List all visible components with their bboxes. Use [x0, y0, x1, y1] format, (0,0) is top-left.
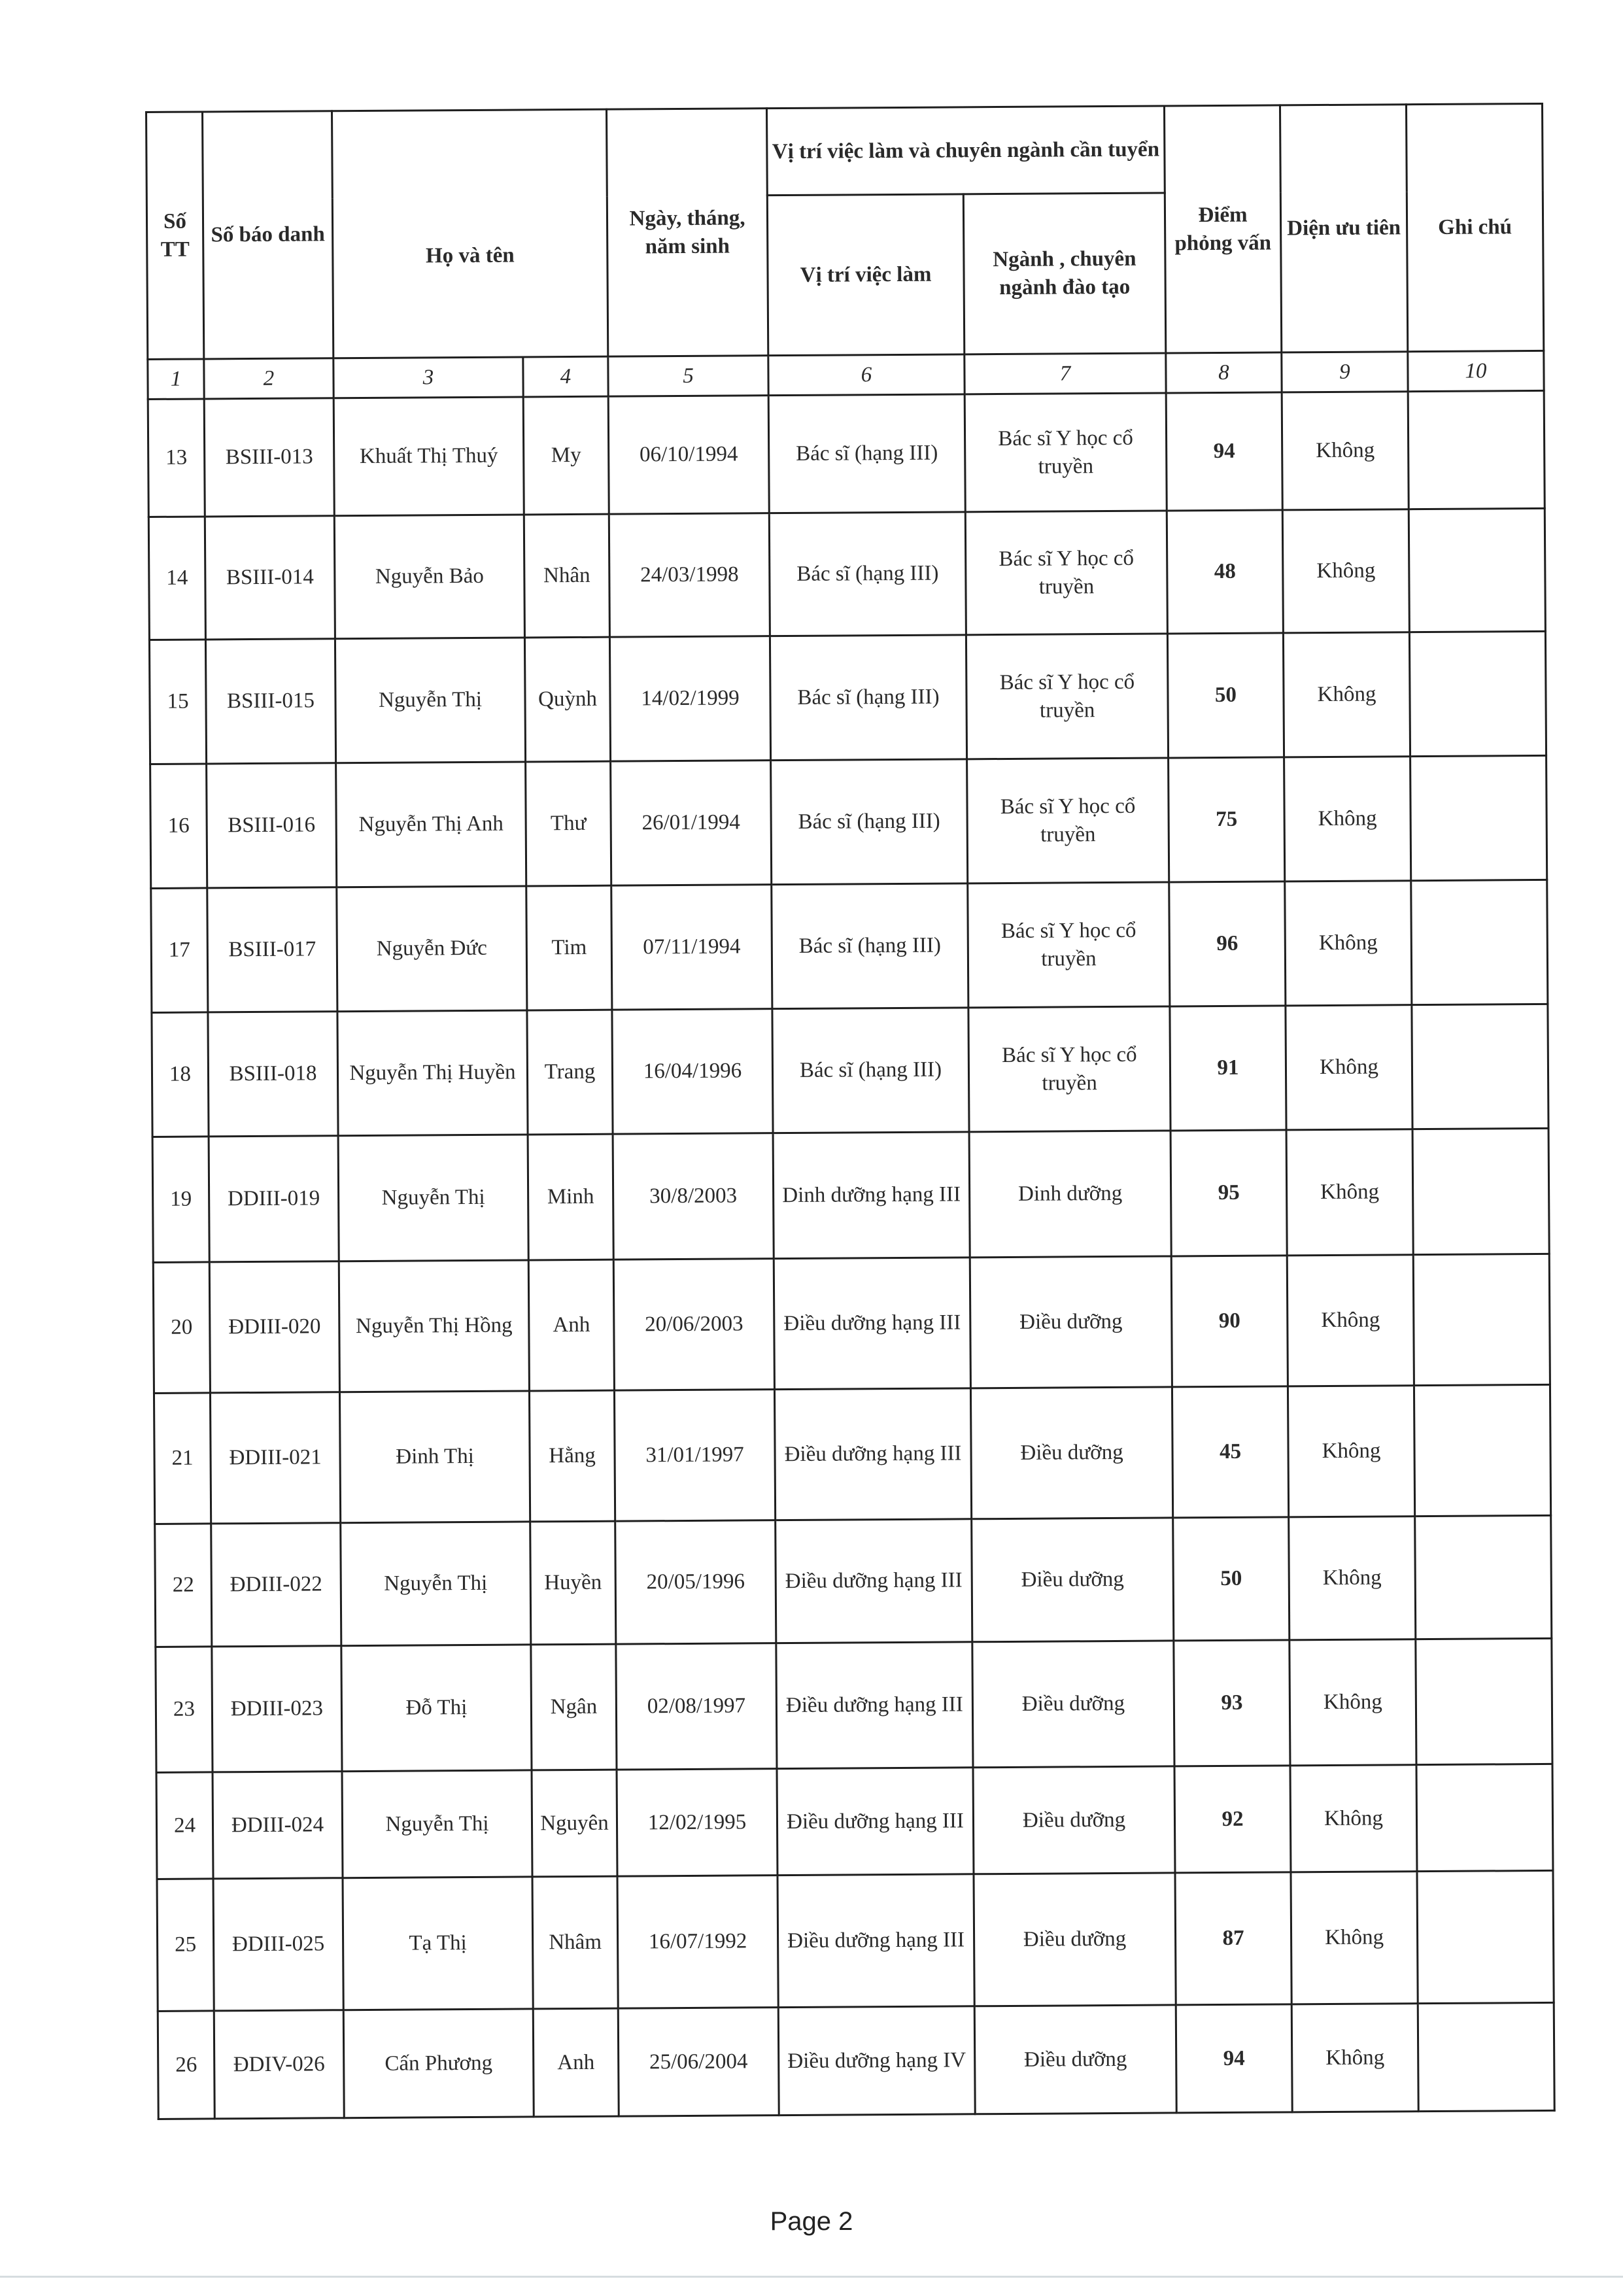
- cell-score: 93: [1174, 1640, 1290, 1766]
- cell-sbd: BSIII-013: [204, 398, 334, 517]
- cell-sbd: BSIII-015: [205, 639, 335, 764]
- cell-priority: Không: [1286, 1129, 1413, 1256]
- cell-dob: 25/06/2004: [618, 2008, 779, 2116]
- cell-dob: 24/03/1998: [609, 513, 770, 637]
- cell-note: [1409, 631, 1546, 756]
- cell-stt: 13: [148, 399, 205, 517]
- cell-surname: Nguyễn Thị Anh: [336, 762, 526, 887]
- header-position-group: Vị trí việc làm và chuyên ngành cần tuyể…: [767, 106, 1165, 196]
- cell-note: [1415, 1515, 1552, 1639]
- cell-dob: 30/8/2003: [613, 1133, 774, 1259]
- table-row: 26 ĐDIV-026 Cấn Phương Anh 25/06/2004 Đi…: [158, 2002, 1554, 2119]
- cell-score: 75: [1169, 757, 1285, 882]
- cell-stt: 23: [156, 1647, 213, 1773]
- cell-position: Bác sĩ (hạng III): [770, 635, 966, 761]
- cell-position: Bác sĩ (hạng III): [772, 1008, 969, 1133]
- cell-score: 50: [1167, 633, 1284, 758]
- cell-surname: Nguyễn Đức: [337, 886, 527, 1012]
- cell-stt: 25: [157, 1879, 214, 2012]
- cell-given-name: My: [523, 396, 609, 515]
- cell-priority: Không: [1285, 881, 1412, 1006]
- cell-dob: 16/07/1992: [617, 1876, 778, 2008]
- cell-major: Bác sĩ Y học cổ truyền: [968, 882, 1170, 1008]
- cell-sbd: ĐDIII-024: [213, 1772, 343, 1879]
- cell-given-name: Nguyên: [532, 1770, 617, 1877]
- cell-major: Điều dưỡng: [972, 1518, 1174, 1642]
- cell-position: Điều dưỡng hạng III: [777, 1768, 974, 1876]
- cell-position: Bác sĩ (hạng III): [768, 394, 965, 513]
- cell-position: Điều dưỡng hạng III: [776, 1519, 972, 1643]
- cell-priority: Không: [1284, 757, 1411, 882]
- cell-score: 95: [1170, 1130, 1287, 1256]
- cell-major: Bác sĩ Y học cổ truyền: [965, 511, 1167, 635]
- table-row: 25 ĐDIII-025 Tạ Thị Nhâm 16/07/1992 Điều…: [157, 1870, 1554, 2011]
- cell-major: Điều dưỡng: [970, 1387, 1172, 1519]
- cell-sbd: BSIII-014: [205, 516, 335, 640]
- cell-surname: Nguyễn Thị: [342, 1770, 532, 1878]
- cell-sbd: ĐDIII-022: [211, 1523, 341, 1647]
- cell-priority: Không: [1291, 2004, 1418, 2112]
- cell-score: 87: [1175, 1872, 1291, 2005]
- cell-sbd: ĐDIV-026: [214, 2010, 344, 2119]
- column-number: 9: [1282, 352, 1408, 392]
- cell-priority: Không: [1288, 1386, 1414, 1517]
- cell-dob: 06/10/1994: [608, 396, 769, 514]
- cell-given-name: Anh: [533, 2008, 619, 2117]
- cell-score: 90: [1171, 1256, 1288, 1387]
- cell-sbd: ĐDIII-025: [213, 1878, 343, 2011]
- cell-note: [1410, 755, 1547, 880]
- header-dob: Ngày, tháng, năm sinh: [607, 109, 768, 356]
- column-number: 3: [333, 357, 523, 398]
- cell-note: [1414, 1384, 1550, 1516]
- cell-dob: 16/04/1996: [612, 1009, 773, 1134]
- cell-position: Điều dưỡng hạng III: [777, 1874, 974, 2008]
- column-number: 1: [148, 359, 204, 400]
- cell-given-name: Nhâm: [532, 1876, 618, 2009]
- cell-given-name: Quỳnh: [524, 637, 610, 762]
- cell-dob: 26/01/1994: [611, 761, 772, 885]
- cell-stt: 20: [153, 1262, 210, 1394]
- cell-given-name: Hằng: [529, 1390, 615, 1522]
- cell-stt: 14: [148, 517, 205, 640]
- cell-dob: 14/02/1999: [609, 636, 770, 761]
- cell-score: 96: [1169, 882, 1286, 1006]
- cell-sbd: BSIII-016: [207, 763, 337, 888]
- cell-sbd: BSIII-018: [208, 1012, 338, 1137]
- table-row: 20 ĐDIII-020 Nguyễn Thị Hồng Anh 20/06/2…: [153, 1254, 1550, 1393]
- cell-score: 91: [1170, 1006, 1286, 1131]
- table-row: 22 ĐDIII-022 Nguyễn Thị Huyền 20/05/1996…: [155, 1515, 1552, 1647]
- table-row: 23 ĐDIII-023 Đỗ Thị Ngân 02/08/1997 Điều…: [156, 1638, 1552, 1772]
- cell-stt: 24: [156, 1772, 213, 1879]
- cell-given-name: Nhân: [524, 514, 609, 638]
- cell-dob: 20/05/1996: [615, 1520, 776, 1644]
- header-score: Điểm phỏng vấn: [1164, 105, 1281, 353]
- table-row: 24 ĐDIII-024 Nguyễn Thị Nguyên 12/02/199…: [156, 1764, 1553, 1879]
- cell-stt: 16: [150, 764, 207, 889]
- cell-priority: Không: [1283, 632, 1410, 757]
- table-row: 19 DDIII-019 Nguyễn Thị Minh 30/8/2003 D…: [152, 1128, 1549, 1262]
- cell-given-name: Tim: [526, 885, 612, 1010]
- cell-dob: 02/08/1997: [616, 1643, 777, 1770]
- cell-note: [1413, 1254, 1550, 1385]
- cell-stt: 17: [151, 888, 208, 1013]
- cell-major: Bác sĩ Y học cổ truyền: [966, 634, 1168, 759]
- header-position: Vị trí việc làm: [767, 194, 964, 356]
- cell-surname: Nguyễn Thị: [338, 1135, 528, 1261]
- cell-note: [1412, 1128, 1549, 1254]
- cell-surname: Nguyễn Thị Hồng: [339, 1260, 529, 1392]
- header-name: Họ và tên: [332, 109, 608, 358]
- cell-priority: Không: [1291, 1872, 1418, 2004]
- cell-position: Bác sĩ (hạng III): [771, 759, 968, 885]
- cell-note: [1416, 1764, 1553, 1871]
- header-priority: Diện ưu tiên: [1280, 105, 1407, 352]
- column-number: 7: [965, 353, 1166, 394]
- cell-position: Bác sĩ (hạng III): [772, 883, 968, 1009]
- header-note: Ghi chú: [1406, 103, 1543, 351]
- cell-major: Dinh dưỡng: [969, 1131, 1171, 1258]
- cell-major: Điều dưỡng: [970, 1256, 1172, 1388]
- column-number: 5: [608, 356, 768, 396]
- column-number: 8: [1166, 352, 1282, 393]
- cell-score: 94: [1176, 2004, 1292, 2113]
- document-page: Số TT Số báo danh Họ và tên Ngày, tháng,…: [0, 0, 1623, 2296]
- table-row: 15 BSIII-015 Nguyễn Thị Quỳnh 14/02/1999…: [149, 631, 1546, 764]
- cell-score: 92: [1174, 1766, 1291, 1873]
- table-header: Số TT Số báo danh Họ và tên Ngày, tháng,…: [146, 103, 1545, 399]
- cell-given-name: Anh: [528, 1259, 614, 1391]
- column-number: 10: [1408, 351, 1544, 391]
- cell-priority: Không: [1286, 1005, 1412, 1130]
- cell-surname: Cấn Phương: [343, 2009, 534, 2118]
- cell-stt: 26: [158, 2011, 214, 2119]
- cell-position: Điều dưỡng hạng III: [774, 1258, 970, 1390]
- cell-score: 50: [1173, 1517, 1290, 1641]
- table-row: 13 BSIII-013 Khuất Thị Thuý My 06/10/199…: [148, 390, 1545, 517]
- cell-note: [1408, 390, 1545, 509]
- header-stt: Số TT: [146, 112, 204, 360]
- cell-note: [1417, 1870, 1554, 2003]
- column-number: 2: [204, 358, 333, 399]
- cell-surname: Đỗ Thị: [341, 1645, 532, 1772]
- cell-major: Điều dưỡng: [974, 2005, 1176, 2114]
- header-major: Ngành , chuyên ngành đào tạo: [963, 193, 1165, 354]
- cell-stt: 21: [154, 1393, 211, 1524]
- bottom-divider: [0, 2276, 1623, 2278]
- cell-note: [1412, 1004, 1548, 1129]
- cell-surname: Nguyễn Thị Huyền: [337, 1010, 528, 1136]
- cell-score: 48: [1167, 510, 1283, 634]
- table-row: 14 BSIII-014 Nguyễn Bảo Nhân 24/03/1998 …: [148, 508, 1545, 640]
- cell-major: Bác sĩ Y học cổ truyền: [967, 758, 1169, 883]
- table-body: 13 BSIII-013 Khuất Thị Thuý My 06/10/199…: [148, 390, 1554, 2119]
- cell-given-name: Thư: [526, 761, 611, 886]
- table-row: 16 BSIII-016 Nguyễn Thị Anh Thư 26/01/19…: [150, 755, 1547, 888]
- table-row: 21 ĐDIII-021 Đinh Thị Hằng 31/01/1997 Đi…: [154, 1384, 1550, 1524]
- cell-sbd: DDIII-019: [209, 1136, 339, 1262]
- header-sbd: Số báo danh: [203, 111, 333, 359]
- cell-stt: 18: [152, 1012, 209, 1137]
- cell-priority: Không: [1282, 509, 1409, 633]
- column-number: 6: [768, 354, 965, 396]
- cell-sbd: ĐDIII-020: [209, 1261, 339, 1393]
- cell-dob: 07/11/1994: [611, 885, 772, 1010]
- cell-major: Bác sĩ Y học cổ truyền: [965, 393, 1167, 512]
- cell-position: Điều dưỡng hạng III: [774, 1388, 971, 1520]
- cell-priority: Không: [1282, 392, 1409, 510]
- cell-major: Điều dưỡng: [972, 1641, 1174, 1768]
- cell-sbd: BSIII-017: [207, 887, 337, 1012]
- cell-surname: Nguyễn Bảo: [334, 515, 524, 639]
- cell-given-name: Huyền: [530, 1521, 616, 1645]
- cell-sbd: ĐDIII-021: [210, 1392, 340, 1524]
- cell-priority: Không: [1290, 1765, 1417, 1872]
- cell-surname: Nguyễn Thị: [341, 1522, 531, 1646]
- cell-surname: Khuất Thị Thuý: [333, 397, 524, 516]
- cell-major: Điều dưỡng: [973, 1766, 1175, 1874]
- cell-note: [1409, 508, 1545, 632]
- cell-dob: 20/06/2003: [613, 1259, 774, 1390]
- cell-priority: Không: [1287, 1255, 1414, 1386]
- cell-stt: 15: [149, 640, 206, 764]
- cell-given-name: Trang: [527, 1010, 613, 1135]
- cell-surname: Nguyễn Thị: [335, 638, 525, 763]
- cell-note: [1416, 1638, 1552, 1764]
- cell-score: 94: [1166, 392, 1282, 511]
- cell-surname: Đinh Thị: [339, 1391, 530, 1523]
- cell-major: Bác sĩ Y học cổ truyền: [968, 1006, 1170, 1132]
- cell-position: Dinh dưỡng hạng III: [773, 1132, 970, 1259]
- candidate-results-table: Số TT Số báo danh Họ và tên Ngày, tháng,…: [145, 103, 1556, 2120]
- cell-given-name: Ngân: [531, 1644, 617, 1770]
- page-number: Page 2: [0, 2207, 1623, 2236]
- cell-sbd: ĐDIII-023: [212, 1646, 342, 1772]
- table-row: 18 BSIII-018 Nguyễn Thị Huyền Trang 16/0…: [152, 1004, 1548, 1137]
- cell-note: [1411, 880, 1548, 1004]
- cell-score: 45: [1172, 1386, 1288, 1518]
- cell-position: Bác sĩ (hạng III): [769, 512, 966, 636]
- table-row: 17 BSIII-017 Nguyễn Đức Tim 07/11/1994 B…: [151, 880, 1548, 1012]
- cell-note: [1418, 2002, 1554, 2111]
- cell-dob: 12/02/1995: [617, 1769, 777, 1876]
- cell-position: Điều dưỡng hạng IV: [778, 2006, 975, 2116]
- cell-major: Điều dưỡng: [974, 1873, 1176, 2006]
- cell-given-name: Minh: [528, 1134, 613, 1260]
- cell-priority: Không: [1290, 1639, 1416, 1766]
- cell-surname: Tạ Thị: [343, 1877, 533, 2010]
- cell-dob: 31/01/1997: [614, 1390, 775, 1521]
- column-number: 4: [523, 356, 608, 397]
- cell-stt: 19: [152, 1137, 209, 1263]
- cell-position: Điều dưỡng hạng III: [776, 1642, 973, 1769]
- cell-priority: Không: [1289, 1516, 1416, 1640]
- cell-stt: 22: [155, 1524, 212, 1647]
